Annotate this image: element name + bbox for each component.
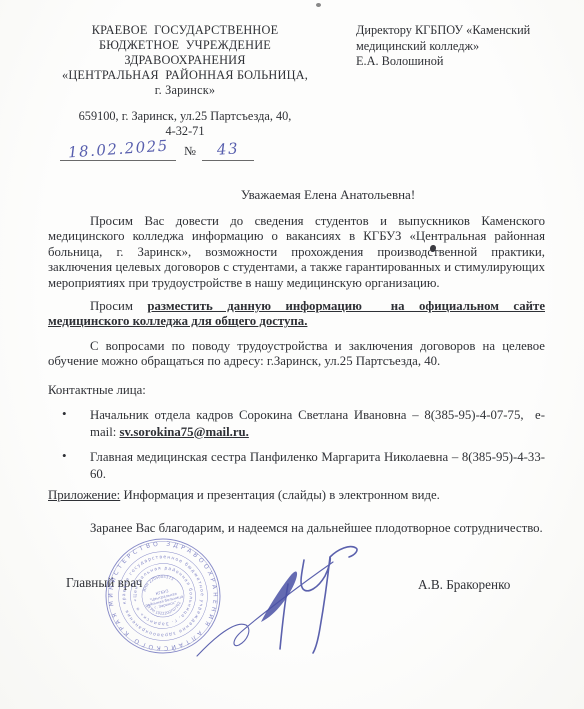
body-paragraph-2: Просим разместить данную информацию на о…: [48, 299, 545, 330]
address-line: 659100, г. Заринск, ул.25 Партсъезда, 40…: [48, 109, 322, 124]
scan-speck: [316, 3, 321, 7]
signature-loop: [261, 571, 297, 622]
stamp-graphic: МИНИСТЕРСТВО ЗДРАВООХРАНЕНИЯ АЛТАЙСКОГО …: [90, 523, 235, 668]
sender-address: 659100, г. Заринск, ул.25 Партсъезда, 40…: [48, 109, 322, 139]
sender-line: «ЦЕНТРАЛЬНАЯ РАЙОННАЯ БОЛЬНИЦА,: [48, 68, 322, 83]
sender-line: КРАЕВОЕ ГОСУДАРСТВЕННОЕ: [48, 23, 322, 38]
round-stamp: МИНИСТЕРСТВО ЗДРАВООХРАНЕНИЯ АЛТАЙСКОГО …: [90, 523, 235, 668]
attachment-text: Информация и презентация (слайды) в элек…: [120, 488, 440, 502]
date-field: 18.02.2025: [60, 141, 176, 161]
contact-list-item: •Главная медицинская сестра Панфиленко М…: [48, 449, 545, 482]
handwritten-date: 18.02.2025: [67, 137, 169, 162]
bullet-icon: •: [62, 406, 67, 423]
contact-1-email: sv.sorokina75@mail.ru.: [120, 425, 249, 439]
sender-line: ЗДРАВООХРАНЕНИЯ: [48, 53, 322, 68]
handwritten-number: 43: [216, 139, 239, 158]
number-field: 43: [202, 141, 254, 161]
contacts-heading: Контактные лица:: [48, 383, 545, 398]
recipient-block: Директору КГБПОУ «Каменский медицинский …: [356, 23, 566, 70]
closing-line: Заранее Вас благодарим, и надеемся на да…: [48, 521, 545, 536]
paragraph-2-prefix: Просим: [90, 299, 147, 313]
recipient-line: медицинский колледж»: [356, 39, 566, 55]
date-number-line: 18.02.2025№43: [60, 141, 320, 173]
signer-name: А.В. Бракоренко: [418, 577, 510, 593]
sender-line: г. Заринск»: [48, 83, 322, 98]
greeting: Уважаемая Елена Анатольевна!: [68, 187, 584, 203]
contact-2-text: Главная медицинская сестра Панфиленко Ма…: [90, 450, 545, 481]
attachment-line: Приложение: Информация и презентация (сл…: [48, 488, 545, 503]
number-sign: №: [184, 144, 196, 161]
sender-block: КРАЕВОЕ ГОСУДАРСТВЕННОЕ БЮДЖЕТНОЕ УЧРЕЖД…: [48, 23, 322, 98]
scanned-letter: КРАЕВОЕ ГОСУДАРСТВЕННОЕ БЮДЖЕТНОЕ УЧРЕЖД…: [0, 0, 584, 709]
body-paragraph-1: Просим Вас довести до сведения студентов…: [48, 214, 545, 291]
bullet-icon: •: [62, 448, 67, 465]
body-paragraph-3: С вопросами по поводу трудоустройства и …: [48, 339, 545, 370]
sender-line: БЮДЖЕТНОЕ УЧРЕЖДЕНИЕ: [48, 38, 322, 53]
address-line: 4-32-71: [48, 124, 322, 139]
recipient-line: Директору КГБПОУ «Каменский: [356, 23, 566, 39]
recipient-line: Е.А. Волошиной: [356, 54, 566, 70]
contact-list-item: •Начальник отдела кадров Сорокина Светла…: [48, 407, 545, 440]
attachment-label: Приложение:: [48, 488, 120, 502]
